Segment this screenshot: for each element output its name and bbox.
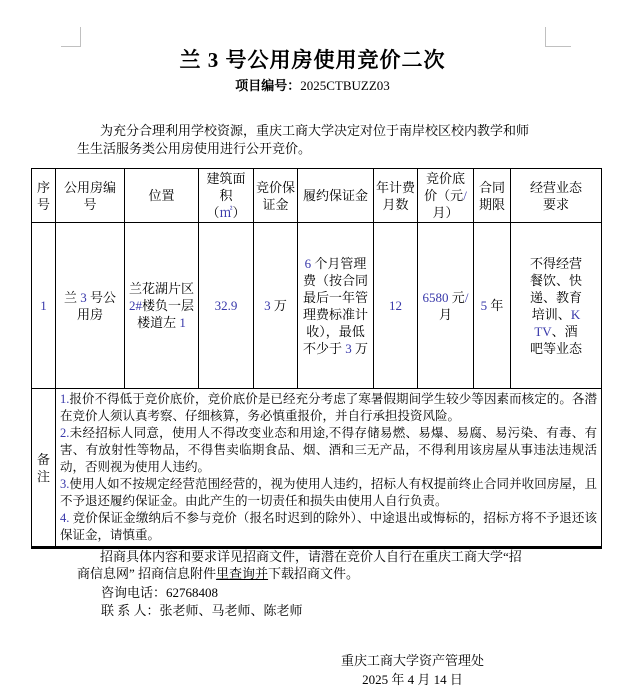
latin-text: 3. — [60, 477, 69, 491]
header-floor-price: 竞价底价（元/月） — [418, 169, 474, 223]
latin-text: ㎡ — [219, 205, 232, 220]
cell-house-code: 兰 3 号公用房 — [56, 223, 125, 389]
header-location: 位置 — [125, 169, 199, 223]
header-floor-area: 建筑面积（㎡） — [199, 169, 254, 223]
header-performance-bond: 履约保证金 — [298, 169, 374, 223]
header-contract-term: 合同期限 — [474, 169, 511, 223]
signature-block: 重庆工商大学资产管理处 2025 年 4 月 14 日 — [337, 651, 488, 687]
header-house-code: 公用房编号 — [56, 169, 125, 223]
remark-item-4: 4. 竞价保证金缴纳后不参与竞价（报名时迟到的除外）、中途退出或悔标的，招标方将… — [60, 510, 597, 544]
remark-item-1: 1.报价不得低于竞价底价，竞价底价是已经充分考虑了寒暑假期间学生较少等因素而核定… — [60, 391, 597, 425]
latin-text: / — [463, 188, 467, 203]
latin-text: 3 — [80, 290, 87, 305]
header-business-requirement: 经营业态要求 — [511, 169, 602, 223]
latin-text: 1 — [40, 298, 47, 313]
latin-text: / — [465, 290, 469, 305]
intro-paragraph: 为充分合理利用学校资源，重庆工商大学决定对位于南岸校区校内教学和师生生活服务类公… — [77, 122, 529, 157]
table-header-row: 序号 公用房编号 位置 建筑面积（㎡） 竞价保证金 履约保证金 年计费月数 竞价… — [32, 169, 602, 223]
latin-text: 5 — [481, 298, 488, 313]
bidding-table: 序号 公用房编号 位置 建筑面积（㎡） 竞价保证金 履约保证金 年计费月数 竞价… — [31, 168, 602, 549]
table-row: 1 兰 3 号公用房 兰花湖片区2#楼负一层楼道左 1 32.9 3 万 6 个… — [32, 223, 602, 389]
signature-date: 2025 年 4 月 14 日 — [337, 670, 488, 687]
remarks-label-cell: 备注 — [32, 389, 56, 548]
project-number-label: 项目编号： — [235, 78, 300, 93]
cell-floor-price: 6580 元/月 — [418, 223, 474, 389]
remark-item-2: 2.未经招标人同意，使用人不得改变业态和用途,不得存储易燃、易爆、易腐、易污染、… — [60, 425, 597, 476]
remark-item-3: 3.使用人如不按规定经营范围经营的，视为使用人违约，招标人有权提前终止合同并收回… — [60, 476, 597, 510]
remarks-content-cell: 1.报价不得低于竞价底价，竞价底价是已经充分考虑了寒暑假期间学生较少等因素而核定… — [56, 389, 602, 548]
download-notice-paragraph: 招商具体内容和要求详见招商文件，请潜在竞价人自行在重庆工商大学“招商信息网” 招… — [77, 549, 532, 582]
notice-text-after: 下载招商文件。 — [268, 566, 359, 581]
cell-performance-bond: 6 个月管理费（按合同最后一年管理费标准计收），最低不少于 3 万 — [298, 223, 374, 389]
latin-text: 12 — [389, 298, 402, 313]
latin-text: 3 — [264, 298, 271, 313]
latin-text: 4. — [60, 511, 69, 525]
latin-text: 3 — [345, 341, 352, 356]
document-page: 兰 3 号公用房使用竞价二次 项目编号：2025CTBUZZ03 为充分合理利用… — [0, 0, 625, 687]
latin-text: 32.9 — [215, 298, 238, 313]
cell-contract-term: 5 年 — [474, 223, 511, 389]
contact-line: 联 系 人：张老师、马老师、陈老师 — [101, 600, 303, 619]
project-number-line: 项目编号：2025CTBUZZ03 — [0, 75, 625, 94]
latin-text: KTV — [534, 307, 580, 339]
header-bid-deposit: 竞价保证金 — [254, 169, 298, 223]
phone-line: 咨询电话：62768408 — [101, 582, 218, 601]
latin-text: 2. — [60, 426, 69, 440]
latin-text: 6580 — [423, 290, 449, 305]
signature-org: 重庆工商大学资产管理处 — [337, 651, 488, 670]
cell-business-requirement: 不得经营餐饮、快递、教育培训、KTV、酒吧等业态 — [511, 223, 602, 389]
latin-text: 6 — [305, 256, 312, 271]
header-serial-no: 序号 — [32, 169, 56, 223]
cell-billing-months: 12 — [374, 223, 418, 389]
latin-text: 1 — [179, 315, 186, 330]
cell-location: 兰花湖片区2#楼负一层楼道左 1 — [125, 223, 199, 389]
page-title: 兰 3 号公用房使用竞价二次 — [0, 44, 625, 74]
cell-floor-area: 32.9 — [199, 223, 254, 389]
header-billing-months: 年计费月数 — [374, 169, 418, 223]
project-number-value: 2025CTBUZZ03 — [300, 78, 390, 93]
table-remarks-row: 备注 1.报价不得低于竞价底价，竞价底价是已经充分考虑了寒暑假期间学生较少等因素… — [32, 389, 602, 548]
cell-bid-deposit: 3 万 — [254, 223, 298, 389]
latin-text: 1. — [60, 392, 69, 406]
cell-serial-no: 1 — [32, 223, 56, 389]
latin-text: 2# — [129, 298, 142, 313]
notice-text-underlined: 里查询并 — [216, 566, 268, 581]
